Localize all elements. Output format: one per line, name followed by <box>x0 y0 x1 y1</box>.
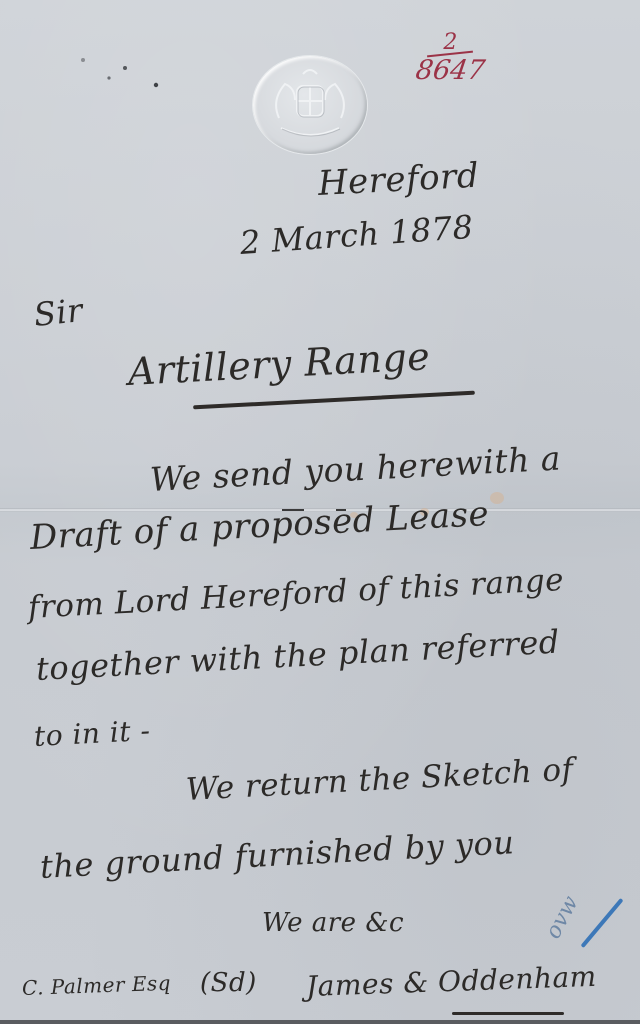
subject-heading: Artillery Range <box>127 334 431 394</box>
pin-holes <box>0 0 200 120</box>
scan-edge <box>0 1020 640 1024</box>
salutation: Sir <box>32 291 85 334</box>
blue-pencil-stroke <box>581 898 624 948</box>
date-line: 2 March 1878 <box>239 208 475 262</box>
signatory-name: James & Oddenham <box>305 960 597 1003</box>
place-line: Hereford <box>317 156 480 204</box>
foxing-stain <box>490 492 504 504</box>
body-line-4: together with the plan referred <box>35 623 561 688</box>
reference-top: 2 <box>416 34 485 52</box>
body-line-3: from Lord Hereford of this range <box>27 562 565 626</box>
subject-underline <box>193 391 475 410</box>
reference-number: 2 8647 <box>416 34 485 86</box>
recipient-note: C. Palmer Esq <box>22 971 172 1000</box>
body-line-5: to in it - <box>33 714 151 753</box>
body-line-2: Draft of a proposed Lease <box>29 494 490 558</box>
body-line-1: We send you herewith a <box>149 438 562 498</box>
body-line-6: We return the Sketch of <box>185 752 574 808</box>
signature-underline <box>452 1012 564 1015</box>
closing-line: We are &c <box>262 908 404 938</box>
body-line-7: the ground furnished by you <box>39 823 515 886</box>
letter-page: 2 8647 Hereford 2 March 1878 Sir Artille… <box>0 0 640 1024</box>
embossed-coat-of-arms-icon <box>253 56 367 154</box>
margin-annotation: ovw <box>541 892 584 943</box>
signed-marker: (Sd) <box>200 968 257 998</box>
reference-value: 8647 <box>414 55 487 86</box>
